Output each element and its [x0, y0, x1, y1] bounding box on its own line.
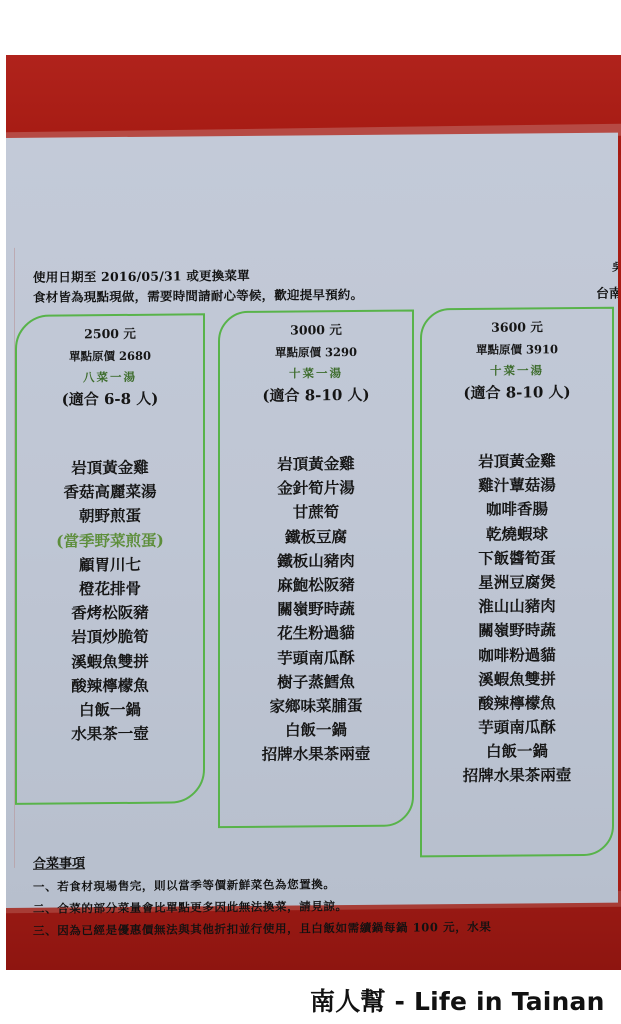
dish-item: 麻鮑松阪豬 — [220, 572, 412, 598]
dish-item: 樹子蒸鱈魚 — [220, 669, 412, 695]
dish-item: 芋頭南瓜酥 — [220, 645, 412, 671]
dish-item: 橙花排骨 — [17, 576, 203, 602]
dish-item: 溪蝦魚雙拼 — [422, 666, 612, 692]
dish-item: 岩頂黃金雞 — [422, 449, 612, 475]
cropped-corner-text-top: 吳 — [612, 259, 618, 275]
package-price: 2500 元 — [17, 323, 203, 343]
dish-item: 關嶺野時蔬 — [220, 597, 412, 623]
dish-item: 芋頭南瓜酥 — [422, 715, 612, 741]
set-label: 八菜一湯 — [17, 368, 203, 386]
dish-item: 星洲豆腐煲 — [422, 570, 612, 596]
terms-item: 三、因為已經是優惠價無法與其他折扣並行使用，且白飯如需續鍋每鍋 100 元，水果 — [33, 916, 492, 942]
dish-item: 招牌水果茶兩壺 — [220, 742, 412, 768]
dish-item: 酸辣檸檬魚 — [422, 691, 612, 717]
package-card-3600: 3600 元 單點原價 3910 十菜一湯 (適合 8-10 人) 岩頂黃金雞 … — [420, 307, 614, 858]
site-watermark: 南人幫 - Life in Tainan — [310, 982, 605, 1018]
serves-label: (適合 6-8 人) — [17, 387, 203, 410]
dish-item: 白飯一鍋 — [422, 739, 612, 765]
dish-item: 岩頂黃金雞 — [220, 451, 412, 477]
dish-item: 淮山山豬肉 — [422, 594, 612, 620]
dish-item: 雞汁蕈菇湯 — [422, 473, 612, 499]
dish-item: 乾燒蝦球 — [422, 521, 612, 547]
dish-item: 水果茶一壺 — [17, 721, 203, 747]
cropped-corner-text: 台南 — [596, 283, 618, 302]
dish-item: 咖啡粉過貓 — [422, 642, 612, 668]
dish-item: 岩頂黃金雞 — [17, 455, 203, 481]
original-price: 單點原價 3290 — [220, 343, 412, 361]
original-price: 單點原價 2680 — [17, 347, 203, 365]
dish-item: 關嶺野時蔬 — [422, 618, 612, 644]
dish-item: 顧胃川七 — [17, 552, 203, 578]
package-card-3000: 3000 元 單點原價 3290 十菜一湯 (適合 8-10 人) 岩頂黃金雞 … — [218, 309, 414, 828]
menu-sheet: 使用日期至 2016/05/31 或更換菜單 食材皆為現點現做，需要時間請耐心等… — [6, 133, 618, 908]
menu-photo: 使用日期至 2016/05/31 或更換菜單 食材皆為現點現做，需要時間請耐心等… — [6, 55, 621, 970]
dish-item: 家鄉味菜脯蛋 — [220, 693, 412, 719]
dish-list: 岩頂黃金雞 金針筍片湯 甘蔗筍 鐵板豆腐 鐵板山豬肉 麻鮑松阪豬 關嶺野時蔬 花… — [220, 451, 412, 767]
set-label: 十菜一湯 — [422, 362, 612, 380]
dish-item: 下飯醬筍蛋 — [422, 545, 612, 571]
dish-item: 白飯一鍋 — [17, 697, 203, 723]
serves-label: (適合 8-10 人) — [422, 381, 612, 404]
dish-item: 鐵板豆腐 — [220, 524, 412, 550]
package-price: 3600 元 — [422, 317, 612, 337]
dish-item: 甘蔗筍 — [220, 500, 412, 526]
set-label: 十菜一湯 — [220, 364, 412, 382]
terms-title: 合菜事項 — [33, 849, 492, 872]
dish-note: (當季野菜煎蛋) — [17, 528, 203, 554]
dish-item: 溪蝦魚雙拼 — [17, 649, 203, 675]
package-card-2500: 2500 元 單點原價 2680 八菜一湯 (適合 6-8 人) 岩頂黃金雞 香… — [15, 313, 205, 805]
dish-item: 岩頂炒脆筍 — [17, 625, 203, 651]
dish-list: 岩頂黃金雞 雞汁蕈菇湯 咖啡香腸 乾燒蝦球 下飯醬筍蛋 星洲豆腐煲 淮山山豬肉 … — [422, 449, 612, 789]
dish-item: 酸辣檸檬魚 — [17, 673, 203, 699]
dish-item: 鐵板山豬肉 — [220, 548, 412, 574]
terms-section: 合菜事項 一、若食材現場售完，則以當季等價新鮮菜色為您置換。 二、合菜的部分菜量… — [33, 849, 492, 942]
package-price: 3000 元 — [220, 319, 412, 339]
preparation-notice: 食材皆為現點現做，需要時間請耐心等候，歡迎提早預約。 — [33, 285, 363, 306]
validity-notice: 使用日期至 2016/05/31 或更換菜單 — [33, 266, 250, 286]
dish-item: 咖啡香腸 — [422, 497, 612, 523]
dish-item: 香菇高麗菜湯 — [17, 479, 203, 505]
dish-item: 朝野煎蛋 — [17, 504, 203, 530]
dish-item: 金針筍片湯 — [220, 476, 412, 502]
dish-item: 香烤松阪豬 — [17, 600, 203, 626]
dish-item: 招牌水果茶兩壺 — [422, 763, 612, 789]
dish-item: 白飯一鍋 — [220, 718, 412, 744]
dish-item: 花生粉過貓 — [220, 621, 412, 647]
serves-label: (適合 8-10 人) — [220, 383, 412, 406]
dish-list: 岩頂黃金雞 香菇高麗菜湯 朝野煎蛋 (當季野菜煎蛋) 顧胃川七 橙花排骨 香烤松… — [17, 455, 203, 747]
original-price: 單點原價 3910 — [422, 341, 612, 359]
